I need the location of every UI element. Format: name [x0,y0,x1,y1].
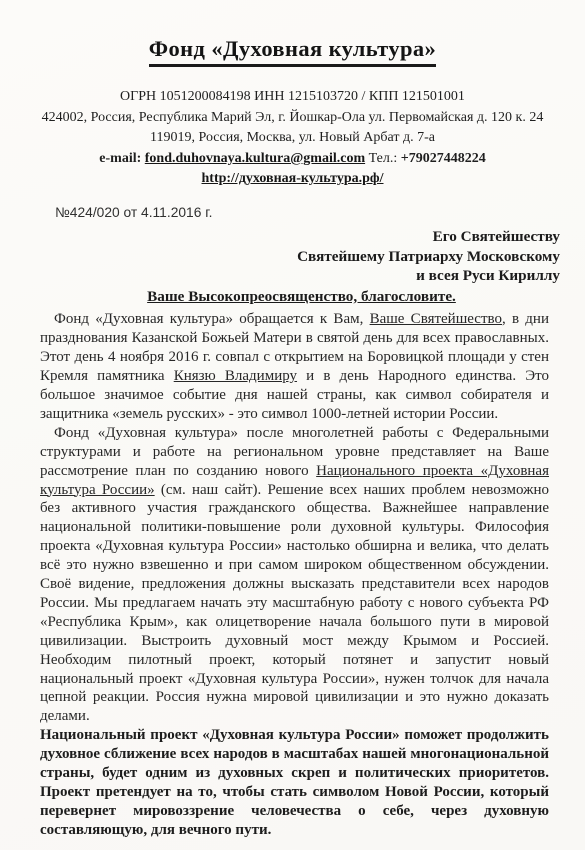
letter-body: Фонд «Духовная культура» обращается к Ва… [40,310,549,839]
org-address-moscow: 119019, Россия, Москва, ул. Новый Арбат … [0,128,585,149]
scanned-letter-page: Фонд «Духовная культура» ОГРН 1051200084… [0,0,585,850]
phone-label: Тел.: [369,151,398,166]
org-registration-line: ОГРН 1051200084198 ИНН 1215103720 / КПП … [0,87,585,108]
body-paragraph: Национальный проект «Духовная культура Р… [40,726,549,839]
paragraph-text: Национальный проект «Духовная культура Р… [40,727,549,838]
underlined-phrase: Ваше Святейшество [370,311,502,327]
salutation-line: Ваше Высокопреосвященство, благословите. [9,287,585,307]
body-paragraph: Фонд «Духовная культура» обращается к Ва… [40,310,549,423]
body-paragraph: Фонд «Духовная культура» после многолетн… [40,424,549,727]
paragraph-text: Фонд «Духовная культура» обращается к Ва… [54,311,370,327]
email-link[interactable]: fond.duhovnaya.kultura@gmail.com [145,151,365,166]
email-label: e-mail: [99,151,141,166]
paragraph-text: (см. наш сайт). Решение всех наших пробл… [40,482,549,725]
org-title: Фонд «Духовная культура» [149,36,436,67]
letterhead: Фонд «Духовная культура» ОГРН 1051200084… [0,0,585,190]
contact-line: e-mail: fond.duhovnaya.kultura@gmail.com… [0,149,585,170]
underlined-phrase: Князю Владимиру [174,368,297,384]
website-line: http://духовная-культура.рф/ [0,169,585,190]
website-link[interactable]: http://духовная-культура.рф/ [202,171,384,186]
addressee-line-3: и всея Руси Кириллу [0,266,560,286]
org-address-yoshkar-ola: 424002, Россия, Республика Марий Эл, г. … [0,108,585,129]
addressee-line-1: Его Святейшеству [0,227,560,247]
reference-number: №424/020 от 4.11.2016 г. [55,205,585,220]
addressee-line-2: Святейшему Патриарху Московскому [0,247,560,267]
phone-number: +79027448224 [401,151,486,166]
addressee-block: Его Святейшеству Святейшему Патриарху Мо… [0,227,560,286]
